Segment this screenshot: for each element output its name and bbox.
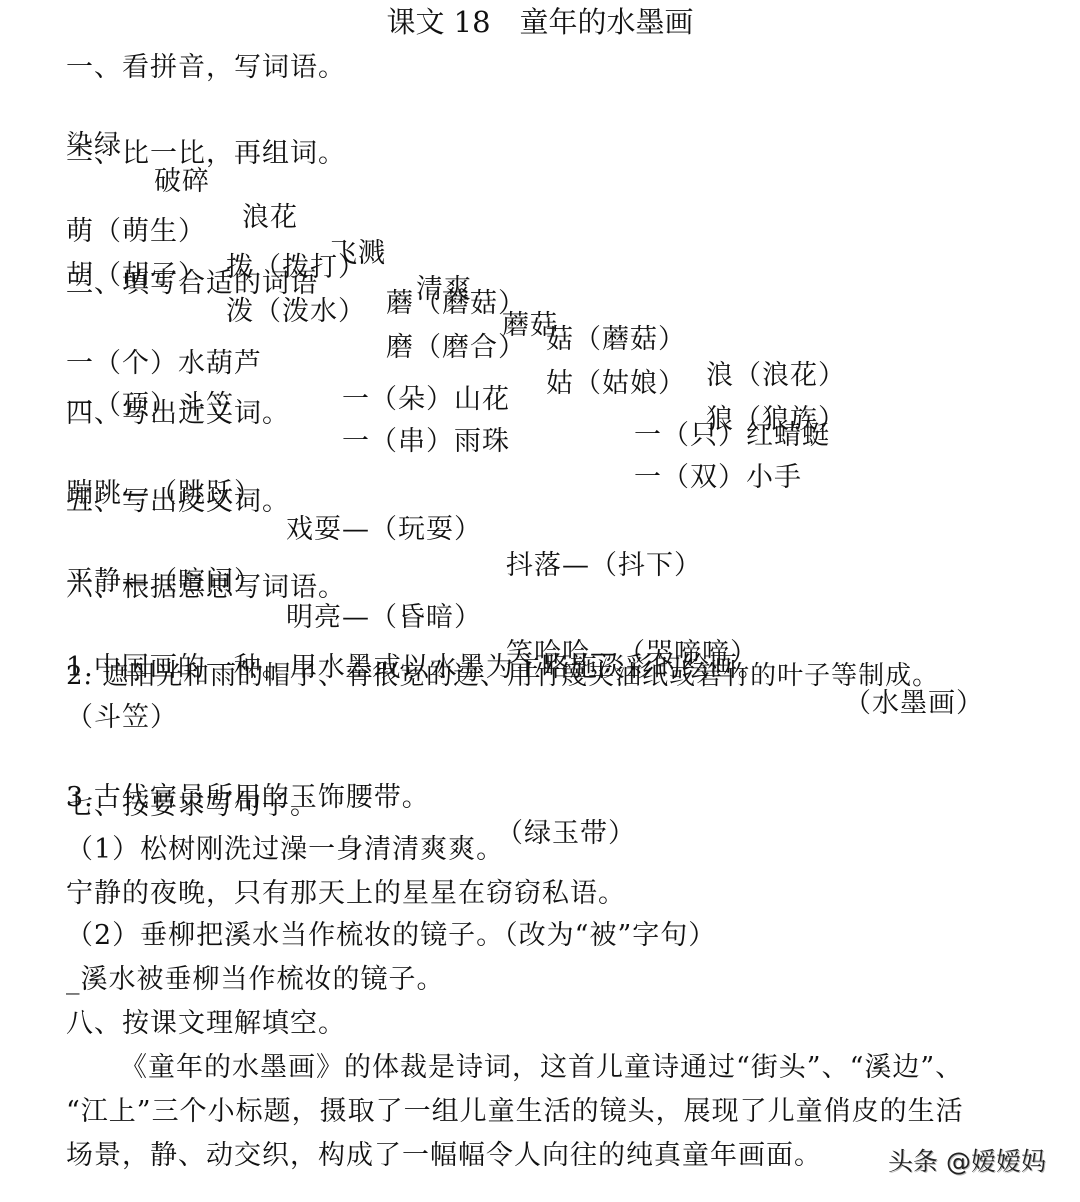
definition-item-2-text: 2. 遮阳光和雨的帽子、有很宽的边、用竹篾夹油纸或箬竹的叶子等制成。	[66, 658, 939, 694]
sentence-question-2: （2）垂柳把溪水当作梳妆的镜子。（改为“被”字句）	[66, 918, 716, 954]
section-4-heading: 四、写出近义词。	[66, 396, 290, 432]
section-2-heading: 二、比一比，再组词。	[66, 136, 346, 172]
paragraph-line-3: 场景，静、动交织，构成了一幅幅令人向往的纯真童年画面。	[66, 1138, 822, 1174]
sentence-answer-2: _溪水被垂柳当作梳妆的镜子。	[66, 962, 445, 998]
section-7-heading: 七、按要求写句子。	[66, 788, 318, 824]
section-3-heading: 三、填写合适的词语	[66, 266, 318, 302]
section-5-heading: 五、写出反义词。	[66, 484, 290, 520]
section-6-heading: 六、根据意思写词语。	[66, 570, 346, 606]
page-title: 课文 18 童年的水墨画	[0, 2, 1080, 42]
paragraph-line-2: “江上”三个小标题，摄取了一组儿童生活的镜头，展现了儿童俏皮的生活	[66, 1094, 964, 1130]
definition-answer: （绿玉带）	[496, 816, 636, 852]
section-1-heading: 一、看拼音，写词语。	[66, 50, 346, 86]
definition-item-2-answer: （斗笠）	[66, 700, 178, 736]
watermark: 头条 @嫒嫒妈	[888, 1146, 1046, 1178]
section-8-heading: 八、按课文理解填空。	[66, 1006, 346, 1042]
sentence-answer-1: 宁静的夜晚，只有那天上的星星在窃窃私语。	[66, 876, 626, 912]
paragraph-line-1: 《童年的水墨画》的体裁是诗词，这首儿童诗通过“街头”、“溪边”、	[120, 1050, 963, 1086]
sentence-question-1: （1）松树刚洗过澡一身清清爽爽。	[66, 832, 504, 868]
